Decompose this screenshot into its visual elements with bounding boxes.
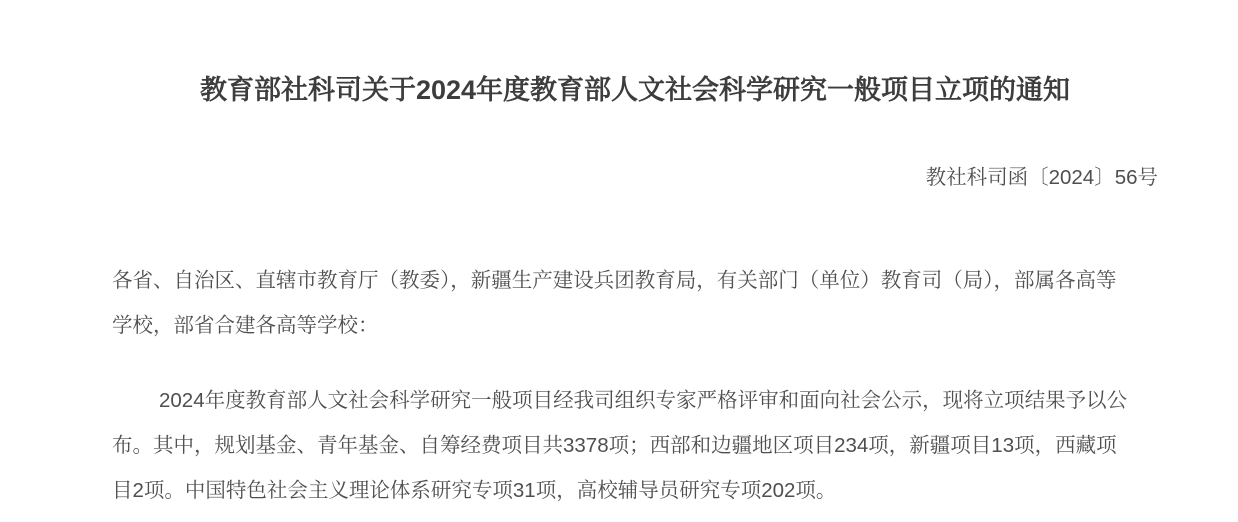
body-paragraph-line-3: 目2项。中国特色社会主义理论体系研究专项31项，高校辅导员研究专项202项。 [112,468,1158,513]
salutation: 各省、自治区、直辖市教育厅（教委），新疆生产建设兵团教育局，有关部门（单位）教育… [112,258,1158,348]
salutation-line-1: 各省、自治区、直辖市教育厅（教委），新疆生产建设兵团教育局，有关部门（单位）教育… [112,258,1158,303]
body-paragraph: 2024年度教育部人文社会科学研究一般项目经我司组织专家严格评审和面向社会公示，… [112,378,1158,513]
body-paragraph-line-1: 2024年度教育部人文社会科学研究一般项目经我司组织专家严格评审和面向社会公示，… [112,378,1158,423]
document-number: 教社科司函〔2024〕56号 [112,155,1158,200]
notice-document-page: 教育部社科司关于2024年度教育部人文社会科学研究一般项目立项的通知 教社科司函… [0,0,1238,522]
document-title: 教育部社科司关于2024年度教育部人文社会科学研究一般项目立项的通知 [112,70,1158,110]
salutation-line-2: 学校，部省合建各高等学校： [112,303,1158,348]
body-paragraph-line-2: 布。其中，规划基金、青年基金、自筹经费项目共3378项；西部和边疆地区项目234… [112,423,1158,468]
